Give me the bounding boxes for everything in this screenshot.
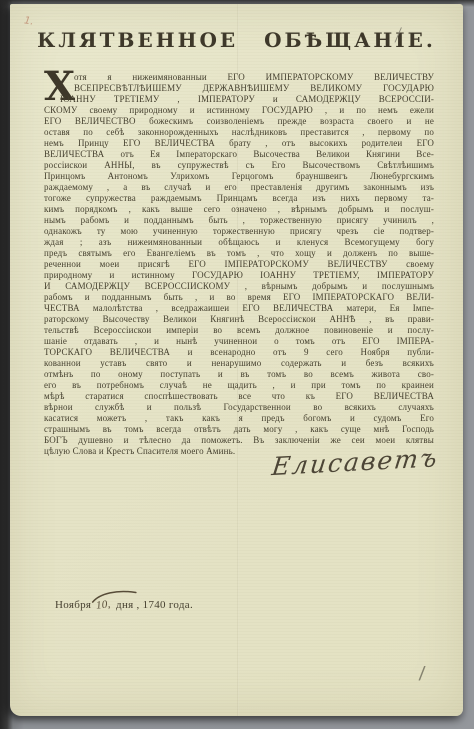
body-text: Х отя я нижеимянованныи ЕГО ИМПЕРАТОРСКО… — [44, 72, 434, 472]
body-line: отя я нижеимянованныи ЕГО ИМПЕРАТОРСКОМУ… — [44, 72, 434, 83]
drop-cap-letter: Х — [44, 72, 74, 94]
signature-elisaveta: Елисаветъ — [271, 452, 434, 472]
body-line: реченнои моеи присягѣ ЕГО ІМПЕРАТОРСКОМУ… — [44, 259, 434, 270]
body-line: И САМОДЕРЖЦУ ВСЕРОССІИСКОМУ , вѣрнымъ до… — [44, 281, 434, 292]
body-lines: отя я нижеимянованныи ЕГО ИМПЕРАТОРСКОМУ… — [44, 72, 434, 457]
body-line: ВСЕПРЕСВѢТЛѢИШЕМУ ДЕРЖАВНѢИШЕМУ ВЕЛИКОМУ… — [44, 83, 434, 94]
body-line: страшнымъ въ томъ всегда отвѣтъ дать мог… — [44, 424, 434, 435]
body-line: кимъ порядкомъ , какъ выше сего означено… — [44, 204, 434, 215]
body-line: однакожъ ту мою учиненную торжественную … — [44, 226, 434, 237]
date-suffix: дня , 1740 года. — [116, 599, 193, 611]
date-line: Ноября 10, дня , 1740 года. — [55, 599, 193, 611]
archival-number-mark: 1. — [23, 15, 34, 27]
date-prefix: Ноября — [55, 599, 91, 611]
body-line: кованнои уставъ свято и ненарушимо содер… — [44, 358, 434, 369]
body-line: его въ потребномъ случаѣ не щадить , и п… — [44, 380, 434, 391]
handwritten-day: 10, — [94, 598, 114, 612]
body-line: шаніе отдавать , и нынѣ учиненнои о томъ… — [44, 336, 434, 347]
body-line: ЧЕСТВА малолѣтства , вседражаишеи ЕГО ВЕ… — [44, 303, 434, 314]
body-line: раторскому Высочеству Великои Княгинѣ Вс… — [44, 314, 434, 325]
body-line: касатися можетъ , такъ какъ я предъ бого… — [44, 413, 434, 424]
body-line: тогоже супружества раждаемымъ Принцамъ в… — [44, 193, 434, 204]
body-line: россіискои АННЫ, въ супружествѣ съ Его В… — [44, 160, 434, 171]
body-line: оставя по себѣ законнорожденныхъ наслѣдн… — [44, 127, 434, 138]
body-line: вѣрнои службѣ и пользѣ Государственнои в… — [44, 402, 434, 413]
body-line: ІОАННУ ТРЕТІЕМУ , ІМПЕРАТОРУ и САМОДЕРЖЦ… — [44, 94, 434, 105]
body-line: немъ Принцу ЕГО ВЕЛИЧЕСТВА брату , отъ в… — [44, 138, 434, 149]
pencil-slash-mark-bottom: / — [418, 663, 426, 684]
scan-background: 1. КЛЯТВЕННОЕ ОБѢЩАНІЕ. / Х отя я нижеим… — [0, 0, 474, 729]
body-line: раждаемому , а въ случаѣ и его преставле… — [44, 182, 434, 193]
body-line: отмѣнъ по оному поступать и въ томъ во в… — [44, 369, 434, 380]
body-line: СКОМУ своему природному и истинному ГОСУ… — [44, 105, 434, 116]
body-line: ВЕЛИЧЕСТВА отъ Ея Імператорскаго Высочес… — [44, 149, 434, 160]
body-line: мѣрѣ старатися споспѣшествовать все что … — [44, 391, 434, 402]
body-line: предъ святымъ его Евангеліемъ въ томъ , … — [44, 248, 434, 259]
body-line: тельствѣ Всероссіискои имперіи во всемъ … — [44, 325, 434, 336]
document-paper: 1. КЛЯТВЕННОЕ ОБѢЩАНІЕ. / Х отя я нижеим… — [10, 4, 463, 716]
body-line: ждая ; азъ нижеимянованныи обѣщаюсь и кл… — [44, 237, 434, 248]
body-line: Принцомъ Антономъ Улрихомъ Герцогомъ бра… — [44, 171, 434, 182]
body-line: ТОРСКАГО ВЕЛИЧЕСТВА и всенародно отъ 9 с… — [44, 347, 434, 358]
body-line: рабомъ и подданнымъ быть , и во время ЕГ… — [44, 292, 434, 303]
body-line: нымъ рабомъ и подданнымъ быть , торжеств… — [44, 215, 434, 226]
body-line: природному и истинному ГОСУДАРЮ ІОАННУ Т… — [44, 270, 434, 281]
body-line: БОГЪ душевно и тѣлесно да поможетъ. Въ з… — [44, 435, 434, 446]
body-line: ЕГО ВЕЛИЧЕСТВО божескимъ соизволеніемъ п… — [44, 116, 434, 127]
